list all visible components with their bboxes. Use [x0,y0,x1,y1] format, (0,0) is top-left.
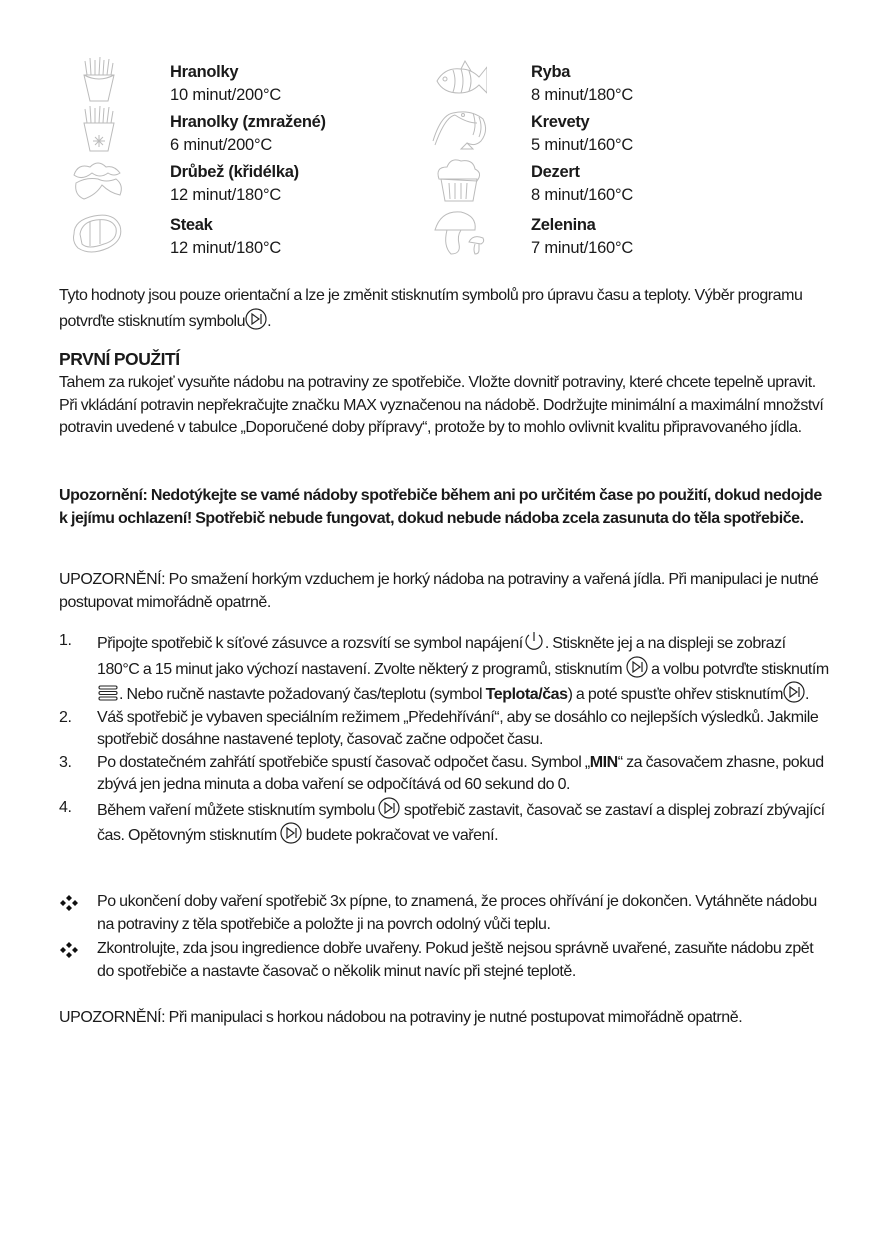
step-text: Během vaření můžete stisknutím symbolu [97,802,378,819]
step-item: 1. Připojte spotřebič k síťové zásuvce a… [59,630,829,707]
diamond-bullet-icon [59,942,79,958]
program-name: Steak [170,216,213,235]
bullet-item: Po ukončení doby vaření spotřebič 3x píp… [59,891,829,936]
program-hranolky-zmrazene: Hranolky (zmražené) 6 minut/200°C [70,105,370,155]
program-krevety: Krevety 5 minut/160°C [431,105,731,155]
step-text: . Nebo ručně nastavte požadovaný čas/tep… [119,686,486,703]
step-text: ) a poté spusťte ohřev stisknutím [568,686,783,703]
start-pause-symbol-icon [378,797,400,819]
program-value: 7 minut/160°C [531,239,633,258]
step-item: 3. Po dostatečném zahřátí spotřebiče spu… [59,752,829,797]
start-pause-symbol-icon [245,308,267,330]
intro-text: Tyto hodnoty jsou pouze orientační a lze… [59,287,802,330]
program-value: 10 minut/200°C [170,86,281,105]
shrimp-icon [431,105,487,153]
fish-icon [431,55,487,103]
step-text: . [805,686,809,703]
program-drubez: Drůbež (křidélka) 12 minut/180°C [70,155,370,205]
power-icon [523,630,545,652]
frozen-fries-icon [70,105,126,153]
bullet-list: Po ukončení doby vaření spotřebič 3x píp… [59,891,829,985]
program-name: Ryba [531,63,570,82]
warning-bold-paragraph: Upozornění: Nedotýkejte se vamé nádoby s… [59,485,829,530]
program-value: 12 minut/180°C [170,239,281,258]
program-name: Drůbež (křidélka) [170,163,299,182]
menu-symbol-icon [97,683,119,703]
section-heading-first-use: PRVNÍ POUŽITÍ [59,348,829,371]
program-hranolky: Hranolky 10 minut/200°C [70,55,370,105]
muffin-icon [431,155,487,203]
step-text: budete pokračovat ve vaření. [302,827,498,844]
program-dezert: Dezert 8 minut/160°C [431,155,731,205]
step-number: 1. [59,630,71,653]
intro-paragraph: Tyto hodnoty jsou pouze orientační a lze… [59,285,829,333]
chicken-wings-icon [70,155,126,203]
steak-icon [70,208,126,256]
start-pause-symbol-icon [626,656,648,678]
step-item: 2. Váš spotřebič je vybaven speciálním r… [59,707,829,752]
program-steak: Steak 12 minut/180°C [70,208,370,258]
program-value: 8 minut/180°C [531,86,633,105]
step-text: Váš spotřebič je vybaven speciálním reži… [97,709,818,749]
program-ryba: Ryba 8 minut/180°C [431,55,731,105]
bullet-item: Zkontrolujte, zda jsou ingredience dobře… [59,938,829,983]
step-number: 3. [59,752,71,775]
step-text-bold: Teplota/čas [486,686,568,703]
step-text-bold: MIN [590,754,618,771]
program-value: 6 minut/200°C [170,136,272,155]
step-number: 4. [59,797,71,820]
start-pause-symbol-icon [280,822,302,844]
warning-paragraph-1: UPOZORNĚNÍ: Po smažení horkým vzduchem j… [59,569,829,614]
warning-paragraph-2: UPOZORNĚNÍ: Při manipulaci s horkou nádo… [59,1007,829,1030]
steps-list: 1. Připojte spotřebič k síťové zásuvce a… [59,630,829,848]
intro-text-end: . [267,313,271,330]
step-text: Po dostatečném zahřátí spotřebiče spustí… [97,754,590,771]
bullet-text: Zkontrolujte, zda jsou ingredience dobře… [97,940,813,980]
step-text: Připojte spotřebič k síťové zásuvce a ro… [97,635,523,652]
bullet-text: Po ukončení doby vaření spotřebič 3x píp… [97,893,817,933]
fries-icon [70,55,126,103]
step-text: a volbu potvrďte stisknutím [648,661,829,678]
program-value: 5 minut/160°C [531,136,633,155]
program-value: 8 minut/160°C [531,186,633,205]
program-name: Hranolky (zmražené) [170,113,326,132]
first-use-paragraph: Tahem za rukojeť vysuňte nádobu na potra… [59,372,829,440]
program-name: Krevety [531,113,589,132]
program-name: Hranolky [170,63,238,82]
start-pause-symbol-icon [783,681,805,703]
program-value: 12 minut/180°C [170,186,281,205]
program-name: Zelenina [531,216,596,235]
step-number: 2. [59,707,71,730]
program-name: Dezert [531,163,580,182]
mushroom-icon [431,208,487,256]
diamond-bullet-icon [59,895,79,911]
program-zelenina: Zelenina 7 minut/160°C [431,208,731,258]
step-item: 4. Během vaření můžete stisknutím symbol… [59,797,829,848]
